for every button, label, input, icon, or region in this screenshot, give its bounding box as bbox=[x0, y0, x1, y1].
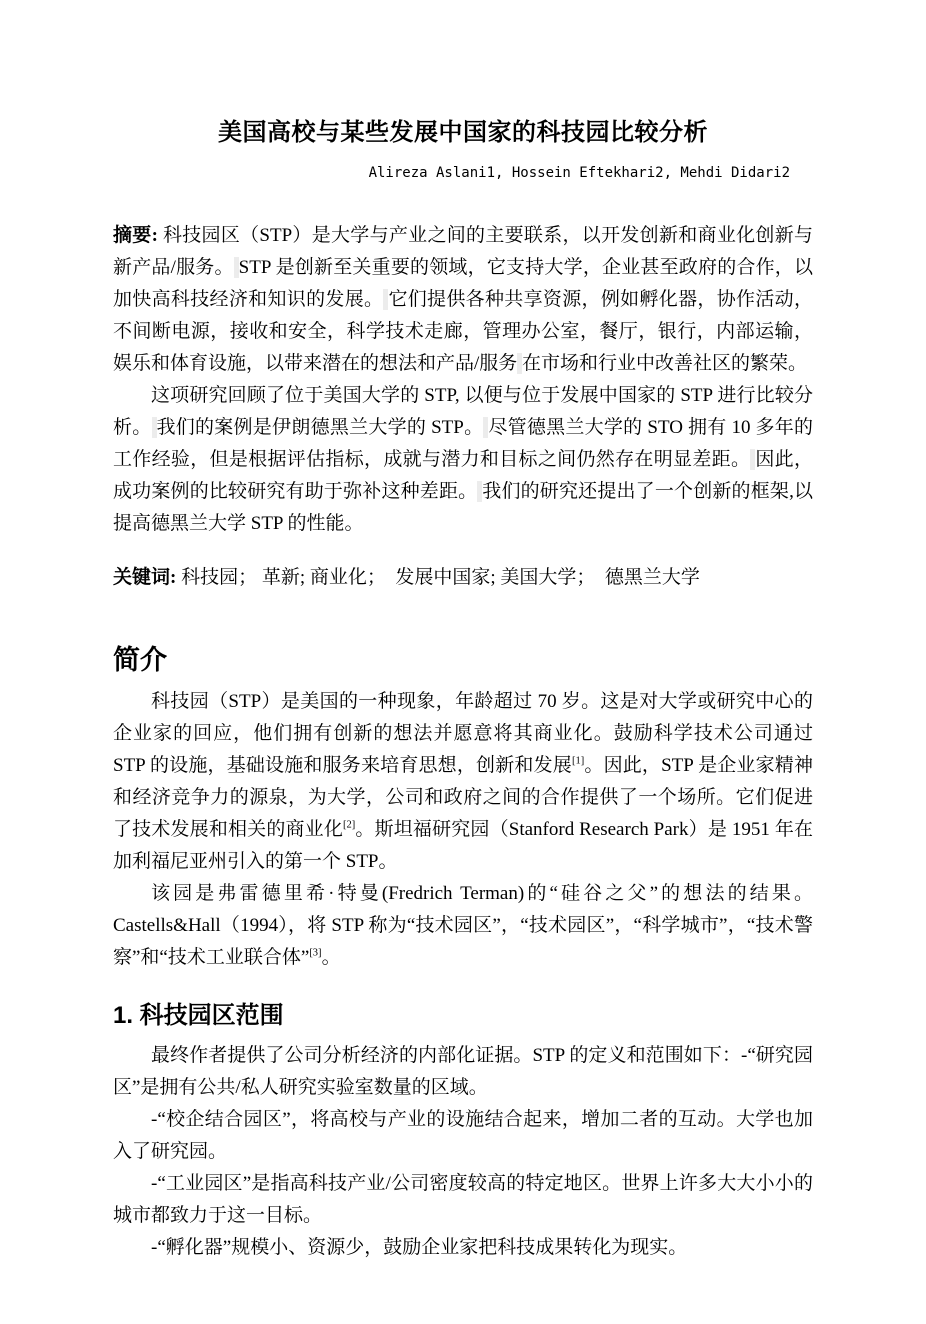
section1-paragraph-1: 最终作者提供了公司分析经济的内部化证据。STP 的定义和范围如下：-“研究园区”… bbox=[113, 1040, 813, 1104]
abstract-label: 摘要: bbox=[113, 225, 163, 246]
keywords-label: 关键词: bbox=[113, 567, 181, 588]
highlighted-space bbox=[383, 289, 388, 310]
section1-paragraph-3: -“工业园区”是指高科技产业/公司密度较高的特定地区。世界上许多大大小小的城市都… bbox=[113, 1168, 813, 1232]
document-page: 美国高校与某些发展中国家的科技园比较分析 Alireza Aslani1, Ho… bbox=[0, 0, 926, 1324]
keywords-line: 关键词: 科技园； 革新; 商业化； 发展中国家; 美国大学； 德黑兰大学 bbox=[113, 562, 813, 594]
paper-title: 美国高校与某些发展中国家的科技园比较分析 bbox=[113, 116, 813, 150]
abstract-paragraph: 摘要: 科技园区（STP）是大学与产业之间的主要联系，以开发创新和商业化创新与新… bbox=[113, 220, 813, 380]
intro-heading: 简介 bbox=[113, 640, 813, 680]
citation-ref: [1] bbox=[572, 756, 584, 767]
keywords-text: 科技园； 革新; 商业化； 发展中国家; 美国大学； 德黑兰大学 bbox=[181, 567, 700, 588]
section1-paragraph-4: -“孵化器”规模小、资源少，鼓励企业家把科技成果转化为现实。 bbox=[113, 1232, 813, 1264]
highlighted-space bbox=[234, 257, 239, 278]
section1-paragraph-2: -“校企结合园区”，将高校与产业的设施结合起来，增加二者的互动。大学也加入了研究… bbox=[113, 1104, 813, 1168]
section1-heading: 1. 科技园区范围 bbox=[113, 998, 813, 1034]
study-paragraph: 这项研究回顾了位于美国大学的 STP, 以便与位于发展中国家的 STP 进行比较… bbox=[113, 380, 813, 540]
highlighted-space bbox=[517, 353, 522, 374]
intro-paragraph-1: 科技园（STP）是美国的一种现象，年龄超过 70 岁。这是对大学或研究中心的企业… bbox=[113, 686, 813, 878]
citation-ref: [3] bbox=[309, 948, 321, 959]
abstract-text: 科技园区（STP）是大学与产业之间的主要联系，以开发创新和商业化创新与新产品/服… bbox=[113, 225, 813, 374]
paper-authors: Alireza Aslani1, Hossein Eftekhari2, Meh… bbox=[113, 162, 813, 184]
highlighted-space bbox=[750, 449, 755, 470]
intro-paragraph-2: 该园是弗雷德里希·特曼(Fredrich Terman)的“硅谷之父”的想法的结… bbox=[113, 878, 813, 974]
highlighted-space bbox=[152, 417, 157, 438]
citation-ref: [2] bbox=[343, 820, 355, 831]
highlighted-space bbox=[483, 417, 488, 438]
highlighted-space bbox=[477, 481, 482, 502]
